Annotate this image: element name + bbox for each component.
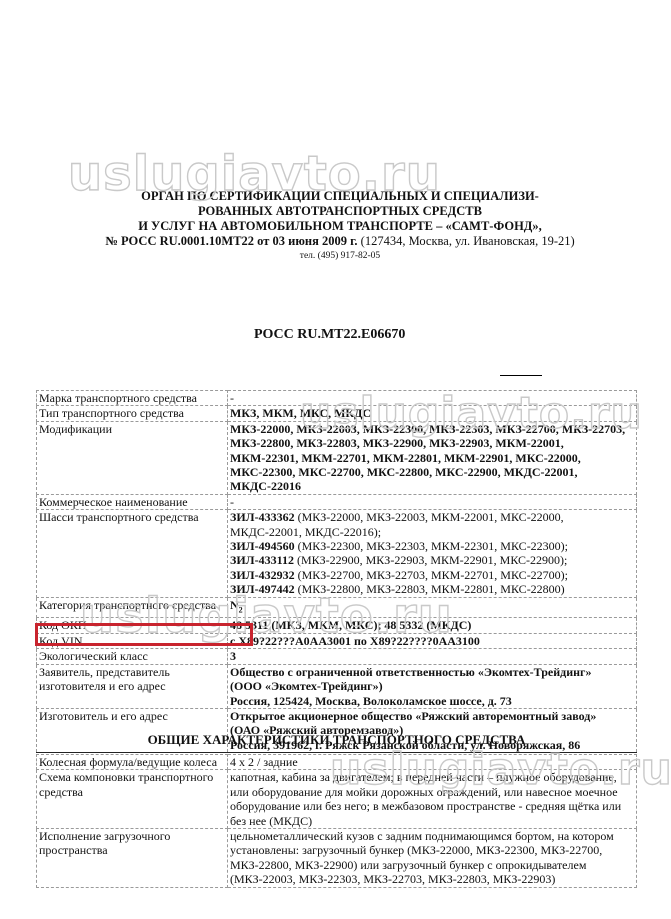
- category-value: N: [230, 598, 239, 612]
- table-row: Модификации МКЗ-22000, МКЗ-22003, МКЗ-22…: [37, 421, 637, 494]
- table-row: Код VIN с X89?22???A0AA3001 по X89?22???…: [37, 633, 637, 648]
- chassis-model: ЗИЛ-432932: [230, 568, 295, 582]
- row-label: Заявитель, представитель изготовителя и …: [37, 664, 228, 708]
- header-phone: тел. (495) 917-82-05: [60, 249, 620, 263]
- chassis-model: ЗИЛ-494560: [230, 539, 295, 553]
- chassis-item: ЗИЛ-432932 (МКЗ-22700, МКЗ-22703, МКМ-22…: [230, 568, 634, 582]
- table-row: Марка транспортного средства -: [37, 391, 637, 406]
- divider: [500, 375, 542, 376]
- chassis-model: ЗИЛ-497442: [230, 582, 295, 596]
- row-label: Марка транспортного средства: [37, 391, 228, 406]
- row-value: 48 5311 (МКЗ, МКМ, МКС); 48 5332 (МКДС): [228, 618, 637, 633]
- chassis-mods: (МКЗ-22900, МКЗ-22903, МКМ-22901, МКС-22…: [294, 553, 567, 567]
- table-row: Заявитель, представитель изготовителя и …: [37, 664, 637, 708]
- row-label: Модификации: [37, 421, 228, 494]
- header-line-2: РОВАННЫХ АВТОТРАНСПОРТНЫХ СРЕДСТВ: [60, 204, 620, 219]
- general-characteristics-table: Колесная формула/ведущие колеса 4 х 2 / …: [36, 754, 637, 888]
- applicant-line: (ООО «Экомтех-Трейдинг»): [230, 679, 634, 693]
- chassis-item: ЗИЛ-433362 (МКЗ-22000, МКЗ-22003, МКМ-22…: [230, 510, 634, 539]
- row-value: МКЗ-22000, МКЗ-22003, МКЗ-22300, МКЗ-223…: [228, 421, 637, 494]
- category-subscript: 2: [239, 605, 243, 614]
- row-label: Экологический класс: [37, 649, 228, 664]
- row-label: Коммерческое наименование: [37, 494, 228, 509]
- chassis-mods: (МКЗ-22700, МКЗ-22703, МКМ-22701, МКС-22…: [295, 568, 568, 582]
- row-label: Код VIN: [37, 633, 228, 648]
- chassis-model: ЗИЛ-433112: [230, 553, 294, 567]
- certification-body-header: ОРГАН ПО СЕРТИФИКАЦИИ СПЕЦИАЛЬНЫХ И СПЕЦ…: [60, 189, 620, 263]
- header-line-1: ОРГАН ПО СЕРТИФИКАЦИИ СПЕЦИАЛЬНЫХ И СПЕЦ…: [60, 189, 620, 204]
- header-address: (127434, Москва, ул. Ивановская, 19-21): [358, 234, 575, 248]
- row-label: Схема компоновки транспортного средства: [37, 770, 228, 829]
- row-label: Колесная формула/ведущие колеса: [37, 755, 228, 770]
- row-label: Категория транспортного средства: [37, 597, 228, 618]
- chassis-mods: (МКЗ-22800, МКЗ-22803, МКМ-22801, МКС-22…: [295, 582, 565, 596]
- chassis-item: ЗИЛ-497442 (МКЗ-22800, МКЗ-22803, МКМ-22…: [230, 582, 634, 596]
- table-row: Колесная формула/ведущие колеса 4 х 2 / …: [37, 755, 637, 770]
- row-value: -: [228, 391, 637, 406]
- row-value: капотная, кабина за двигателем; в передн…: [228, 770, 637, 829]
- row-label: Код ОКП: [37, 618, 228, 633]
- certificate-number: РОСС RU.МТ22.Е06670: [254, 327, 405, 343]
- chassis-item: ЗИЛ-494560 (МКЗ-22300, МКЗ-22303, МКМ-22…: [230, 539, 634, 553]
- manufacturer-line: Открытое акционерное общество «Ряжский а…: [230, 709, 634, 723]
- table-row: Исполнение загрузочного пространства цел…: [37, 829, 637, 888]
- chassis-model: ЗИЛ-433362: [230, 510, 295, 524]
- chassis-mods: (МКЗ-22300, МКЗ-22303, МКМ-22301, МКС-22…: [295, 539, 568, 553]
- row-label: Шасси транспортного средства: [37, 510, 228, 597]
- row-value: N2: [228, 597, 637, 618]
- table-row: Схема компоновки транспортного средства …: [37, 770, 637, 829]
- row-value: цельнометаллический кузов с задним подни…: [228, 829, 637, 888]
- table-row: Шасси транспортного средства ЗИЛ-433362 …: [37, 510, 637, 597]
- table-row: Коммерческое наименование -: [37, 494, 637, 509]
- applicant-line: Общество с ограниченной ответственностью…: [230, 665, 634, 679]
- row-value: МКЗ, МКМ, МКС, МКДС: [228, 406, 637, 421]
- table-row: Код ОКП 48 5311 (МКЗ, МКМ, МКС); 48 5332…: [37, 618, 637, 633]
- row-value: с X89?22???A0AA3001 по X89?22????0AA3100: [228, 633, 637, 648]
- row-value: 3: [228, 649, 637, 664]
- header-line-3: И УСЛУГ НА АВТОМОБИЛЬНОМ ТРАНСПОРТЕ – «С…: [60, 219, 620, 234]
- chassis-item: ЗИЛ-433112 (МКЗ-22900, МКЗ-22903, МКМ-22…: [230, 553, 634, 567]
- table-row: Категория транспортного средства N2: [37, 597, 637, 618]
- chassis-list: ЗИЛ-433362 (МКЗ-22000, МКЗ-22003, МКМ-22…: [228, 510, 637, 597]
- table-row-eco-class: Экологический класс 3: [37, 649, 637, 664]
- applicant-line: Россия, 125424, Москва, Волоколамское шо…: [230, 694, 634, 708]
- applicant-info: Общество с ограниченной ответственностью…: [228, 664, 637, 708]
- section-title: ОБЩИЕ ХАРАКТЕРИСТИКИ ТРАНСПОРТНОГО СРЕДС…: [36, 732, 637, 748]
- vehicle-info-table: Марка транспортного средства - Тип транс…: [36, 390, 637, 753]
- accreditation-number: № РОСС RU.0001.10МТ22 от 03 июня 2009 г.: [105, 234, 357, 248]
- row-label: Тип транспортного средства: [37, 406, 228, 421]
- table-row: Тип транспортного средства МКЗ, МКМ, МКС…: [37, 406, 637, 421]
- header-line-4: № РОСС RU.0001.10МТ22 от 03 июня 2009 г.…: [60, 234, 620, 249]
- row-value: -: [228, 494, 637, 509]
- row-label: Исполнение загрузочного пространства: [37, 829, 228, 888]
- row-value: 4 х 2 / задние: [228, 755, 637, 770]
